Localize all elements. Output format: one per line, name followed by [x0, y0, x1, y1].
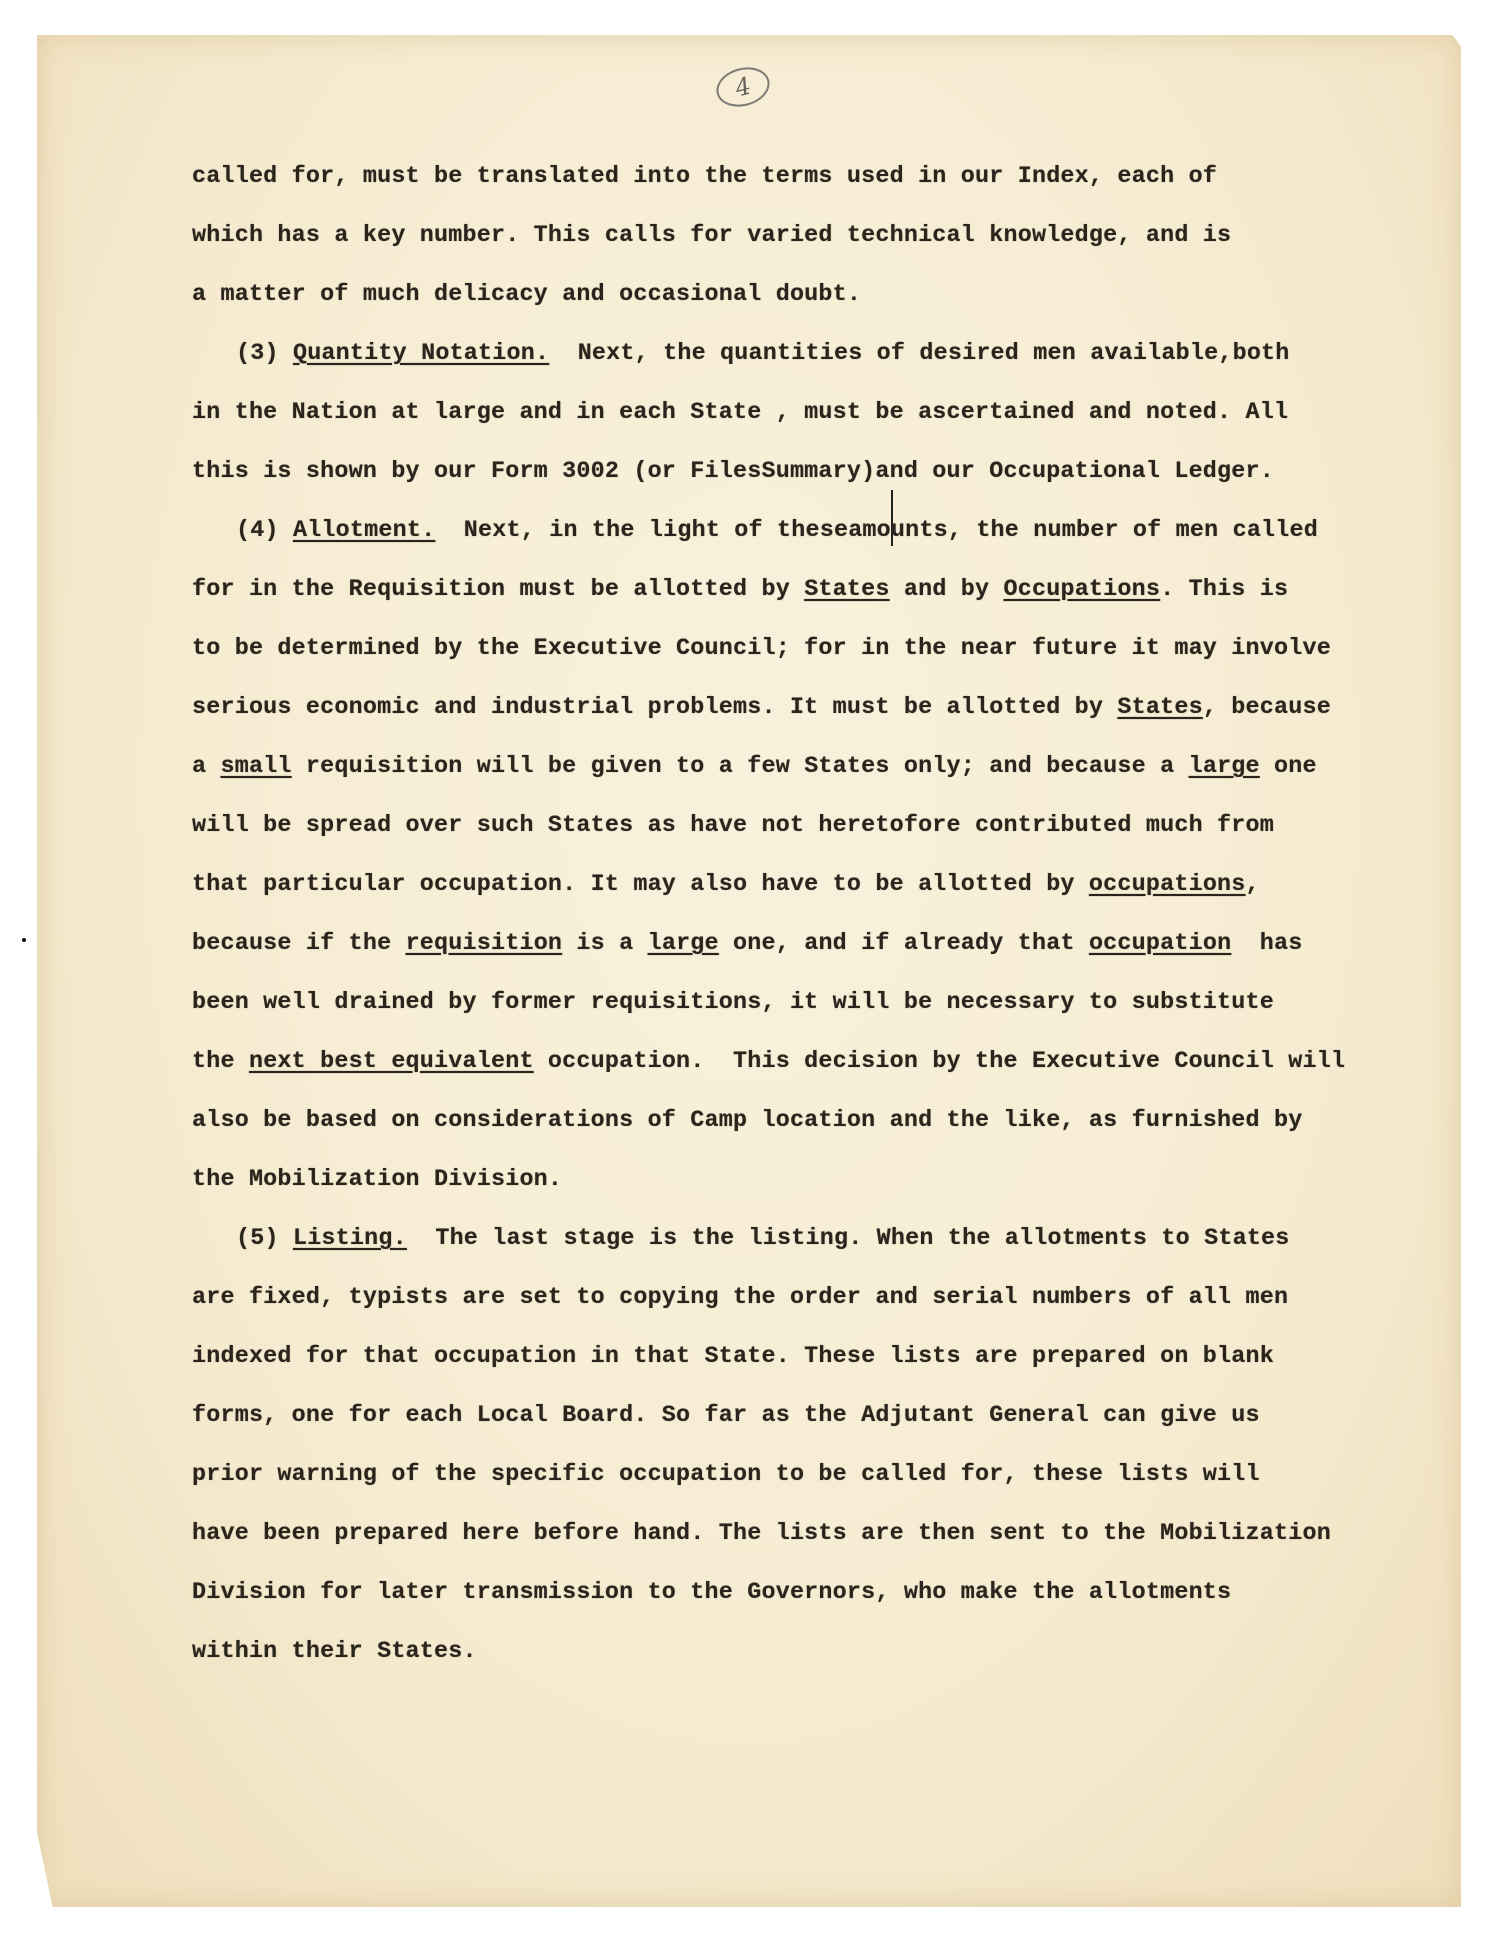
text-line: (3) Quantity Notation. Next, the quantit…	[192, 325, 1422, 384]
underlined-term: States	[804, 577, 889, 603]
text-line: to be determined by the Executive Counci…	[192, 620, 1422, 679]
underlined-term: large	[648, 931, 719, 957]
text-segment: . This is	[1160, 577, 1288, 603]
underlined-term: requisition	[406, 931, 563, 957]
text-line: have been prepared here before hand. The…	[192, 1505, 1422, 1564]
text-segment: one	[1260, 754, 1317, 780]
text-segment: Next, the quantities of desired men avai…	[549, 341, 1289, 367]
text-segment: called for, must be translated into the …	[192, 164, 1217, 190]
text-segment: the Mobilization Division.	[192, 1167, 562, 1193]
text-segment: and by	[890, 577, 1004, 603]
text-line: because if the requisition is a large on…	[192, 915, 1422, 974]
text-segment: are fixed, typists are set to copying th…	[192, 1285, 1288, 1311]
text-segment: a	[192, 754, 220, 780]
text-segment: will be spread over such States as have …	[192, 813, 1274, 839]
text-segment: Next, in the light of theseamounts, the …	[435, 518, 1318, 544]
document-body: called for, must be translated into the …	[192, 148, 1422, 1682]
text-line: in the Nation at large and in each State…	[192, 384, 1422, 443]
text-segment: also be based on considerations of Camp …	[192, 1108, 1302, 1134]
text-line: which has a key number. This calls for v…	[192, 207, 1422, 266]
text-line: within their States.	[192, 1623, 1422, 1682]
underlined-term: States	[1117, 695, 1202, 721]
text-segment: this is shown by our Form 3002 (or Files…	[192, 459, 1274, 485]
text-line: this is shown by our Form 3002 (or Files…	[192, 443, 1422, 502]
text-line: indexed for that occupation in that Stat…	[192, 1328, 1422, 1387]
text-segment: , because	[1203, 695, 1331, 721]
text-segment: Division for later transmission to the G…	[192, 1580, 1231, 1606]
underlined-term: Allotment.	[293, 518, 435, 544]
text-segment: (5)	[236, 1226, 293, 1252]
text-line: the Mobilization Division.	[192, 1151, 1422, 1210]
text-line: (5) Listing. The last stage is the listi…	[192, 1210, 1422, 1269]
text-segment: because if the	[192, 931, 406, 957]
text-segment: (3)	[236, 341, 293, 367]
underlined-term: next best equivalent	[249, 1049, 534, 1075]
text-segment: requisition will be given to a few State…	[292, 754, 1189, 780]
text-line: a small requisition will be given to a f…	[192, 738, 1422, 797]
text-segment: within their States.	[192, 1639, 477, 1665]
text-segment: prior warning of the specific occupation…	[192, 1462, 1260, 1488]
text-line: for in the Requisition must be allotted …	[192, 561, 1422, 620]
text-line: the next best equivalent occupation. Thi…	[192, 1033, 1422, 1092]
underlined-term: occupation	[1089, 931, 1231, 957]
text-segment: which has a key number. This calls for v…	[192, 223, 1231, 249]
text-line: (4) Allotment. Next, in the light of the…	[192, 502, 1422, 561]
text-segment: one, and if already that	[719, 931, 1089, 957]
text-segment: occupation. This decision by the Executi…	[534, 1049, 1346, 1075]
text-segment: has	[1231, 931, 1302, 957]
underlined-term: large	[1189, 754, 1260, 780]
text-line: forms, one for each Local Board. So far …	[192, 1387, 1422, 1446]
text-segment: the	[192, 1049, 249, 1075]
text-segment: serious economic and industrial problems…	[192, 695, 1117, 721]
margin-ink-dot	[22, 938, 26, 942]
text-segment: have been prepared here before hand. The…	[192, 1521, 1331, 1547]
text-line: prior warning of the specific occupation…	[192, 1446, 1422, 1505]
text-line: also be based on considerations of Camp …	[192, 1092, 1422, 1151]
text-segment: ,	[1246, 872, 1260, 898]
text-line: serious economic and industrial problems…	[192, 679, 1422, 738]
text-line: that particular occupation. It may also …	[192, 856, 1422, 915]
text-segment: a matter of much delicacy and occasional…	[192, 282, 861, 308]
text-segment: (4)	[236, 518, 293, 544]
text-segment: in the Nation at large and in each State…	[192, 400, 1288, 426]
text-segment: that particular occupation. It may also …	[192, 872, 1089, 898]
text-segment: for in the Requisition must be allotted …	[192, 577, 804, 603]
text-segment: to be determined by the Executive Counci…	[192, 636, 1331, 662]
underlined-term: small	[220, 754, 291, 780]
text-segment: been well drained by former requisitions…	[192, 990, 1274, 1016]
text-line: are fixed, typists are set to copying th…	[192, 1269, 1422, 1328]
text-segment: The last stage is the listing. When the …	[407, 1226, 1290, 1252]
underlined-term: Occupations	[1004, 577, 1161, 603]
text-line: will be spread over such States as have …	[192, 797, 1422, 856]
text-line: a matter of much delicacy and occasional…	[192, 266, 1422, 325]
text-line: Division for later transmission to the G…	[192, 1564, 1422, 1623]
text-line: been well drained by former requisitions…	[192, 974, 1422, 1033]
text-segment: indexed for that occupation in that Stat…	[192, 1344, 1274, 1370]
underlined-term: occupations	[1089, 872, 1246, 898]
text-segment: forms, one for each Local Board. So far …	[192, 1403, 1260, 1429]
text-line: called for, must be translated into the …	[192, 148, 1422, 207]
text-segment: is a	[562, 931, 647, 957]
underlined-term: Quantity Notation.	[293, 341, 549, 367]
underlined-term: Listing.	[293, 1226, 407, 1252]
